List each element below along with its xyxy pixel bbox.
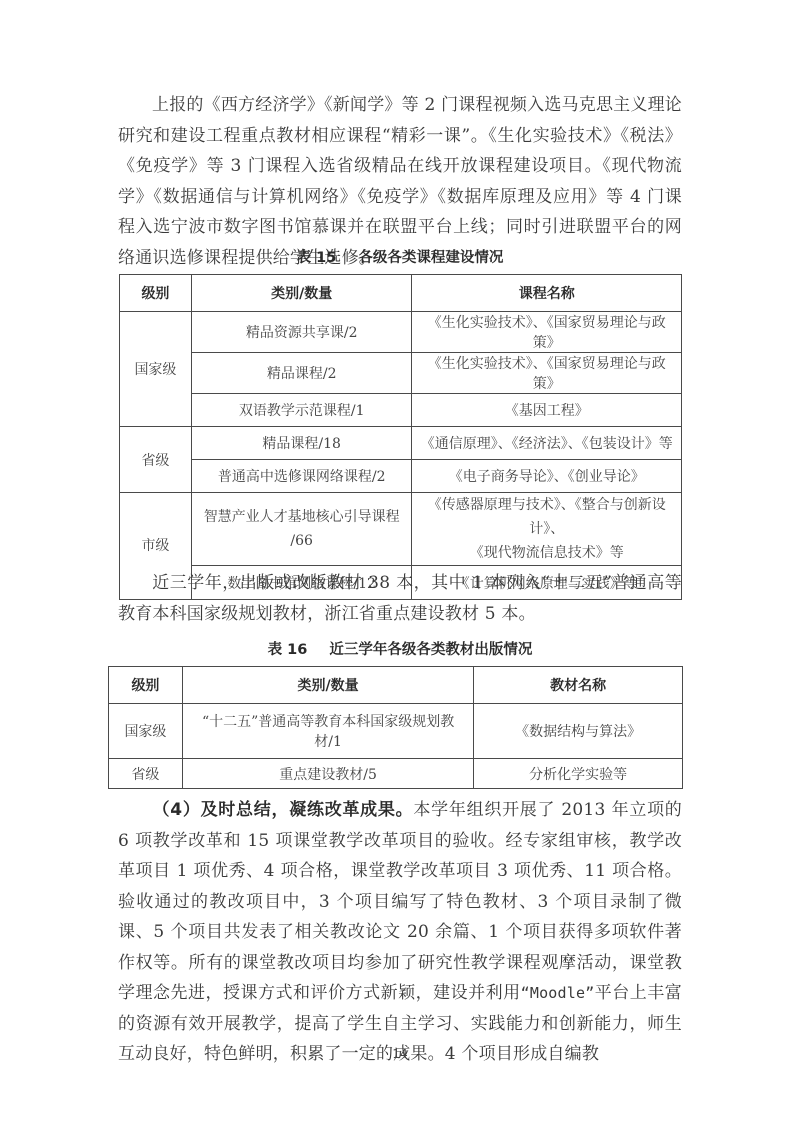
- table16-caption-number: 表 16: [268, 642, 308, 658]
- level-cell: 国家级: [109, 704, 183, 759]
- table15-caption: 表 15各级各类课程建设情况: [0, 246, 800, 267]
- table15-course-construction: 级别 类别/数量 课程名称 国家级 精品资源共享课/2 《生化实验技术》、《国家…: [119, 274, 682, 600]
- table16-caption-title: 近三学年各级各类教材出版情况: [329, 642, 532, 658]
- paragraph-reform-results: （4）及时总结，凝练改革成果。本学年组织开展了 2013 年立项的 6 项教学改…: [118, 795, 682, 1070]
- courses-cell: 《基因工程》: [412, 394, 682, 427]
- table-row: 市级 智慧产业人才基地核心引导课程 /66 《传感器原理与技术》、《整合与创新设…: [120, 493, 682, 566]
- header-category-count: 类别/数量: [191, 275, 412, 312]
- courses-cell: 《生化实验技术》、《国家贸易理论与政策》: [412, 353, 682, 394]
- category-cell: 精品课程/2: [191, 353, 412, 394]
- category-cell: 普通高中选修课网络课程/2: [191, 460, 412, 493]
- category-cell: 双语教学示范课程/1: [191, 394, 412, 427]
- header-textbook-name: 教材名称: [474, 667, 683, 704]
- courses-line: 《现代物流信息技术》等: [418, 541, 675, 565]
- paragraph-text: 近三学年，出版或改版教材 38 本，其中 1 本列入“十二五”普通高等教育本科国…: [118, 573, 682, 624]
- category-cell: 精品课程/18: [191, 427, 412, 460]
- paragraph-text: 上报的《西方经济学》《新闻学》等 2 门课程视频入选马克思主义理论研究和建设工程…: [118, 95, 682, 268]
- table-row: 国家级 精品资源共享课/2 《生化实验技术》、《国家贸易理论与政策》: [120, 312, 682, 353]
- document-page: 上报的《西方经济学》《新闻学》等 2 门课程视频入选马克思主义理论研究和建设工程…: [0, 0, 800, 1133]
- section-heading-4: （4）及时总结，凝练改革成果。: [152, 800, 413, 820]
- table16-textbook-publishing: 级别 类别/数量 教材名称 国家级 “十二五”普通高等教育本科国家级规划教材/1…: [108, 666, 683, 789]
- table16-header-row: 级别 类别/数量 教材名称: [109, 667, 683, 704]
- table15-caption-number: 表 15: [297, 250, 337, 266]
- header-level: 级别: [109, 667, 183, 704]
- table-row: 国家级 “十二五”普通高等教育本科国家级规划教材/1 《数据结构与算法》: [109, 704, 683, 759]
- table15-header-row: 级别 类别/数量 课程名称: [120, 275, 682, 312]
- courses-cell: 《传感器原理与技术》、《整合与创新设计》、 《现代物流信息技术》等: [412, 493, 682, 566]
- level-cell: 省级: [109, 759, 183, 789]
- textbook-cell: 《数据结构与算法》: [474, 704, 683, 759]
- moodle-term: “Moodle”: [521, 984, 595, 1002]
- courses-cell: 《电子商务导论》、《创业导论》: [412, 460, 682, 493]
- courses-cell: 《通信原理》、《经济法》、《包装设计》等: [412, 427, 682, 460]
- category-cell: 重点建设教材/5: [182, 759, 473, 789]
- header-course-name: 课程名称: [412, 275, 682, 312]
- paragraph-text: 本学年组织开展了 2013 年立项的 6 项教学改革和 15 项课堂教学改革项目…: [118, 800, 682, 1003]
- table-row: 双语教学示范课程/1 《基因工程》: [120, 394, 682, 427]
- table-row: 精品课程/2 《生化实验技术》、《国家贸易理论与政策》: [120, 353, 682, 394]
- header-level: 级别: [120, 275, 192, 312]
- table-row: 普通高中选修课网络课程/2 《电子商务导论》、《创业导论》: [120, 460, 682, 493]
- level-provincial: 省级: [120, 427, 192, 493]
- courses-cell: 《生化实验技术》、《国家贸易理论与政策》: [412, 312, 682, 353]
- category-cell: 智慧产业人才基地核心引导课程 /66: [191, 493, 412, 566]
- category-line: 智慧产业人才基地核心引导课程: [198, 505, 406, 529]
- category-cell: “十二五”普通高等教育本科国家级规划教材/1: [182, 704, 473, 759]
- table15-caption-title: 各级各类课程建设情况: [358, 250, 503, 266]
- category-cell: 精品资源共享课/2: [191, 312, 412, 353]
- paragraph-textbook-summary: 近三学年，出版或改版教材 38 本，其中 1 本列入“十二五”普通高等教育本科国…: [118, 568, 682, 629]
- textbook-cell: 分析化学实验等: [474, 759, 683, 789]
- page-number: 14: [0, 1047, 800, 1061]
- table-row: 省级 重点建设教材/5 分析化学实验等: [109, 759, 683, 789]
- courses-line: 《传感器原理与技术》、《整合与创新设计》、: [418, 493, 675, 541]
- level-national: 国家级: [120, 312, 192, 427]
- table-row: 省级 精品课程/18 《通信原理》、《经济法》、《包装设计》等: [120, 427, 682, 460]
- table16-caption: 表 16近三学年各级各类教材出版情况: [0, 638, 800, 659]
- header-category-count: 类别/数量: [182, 667, 473, 704]
- category-line: /66: [198, 529, 406, 553]
